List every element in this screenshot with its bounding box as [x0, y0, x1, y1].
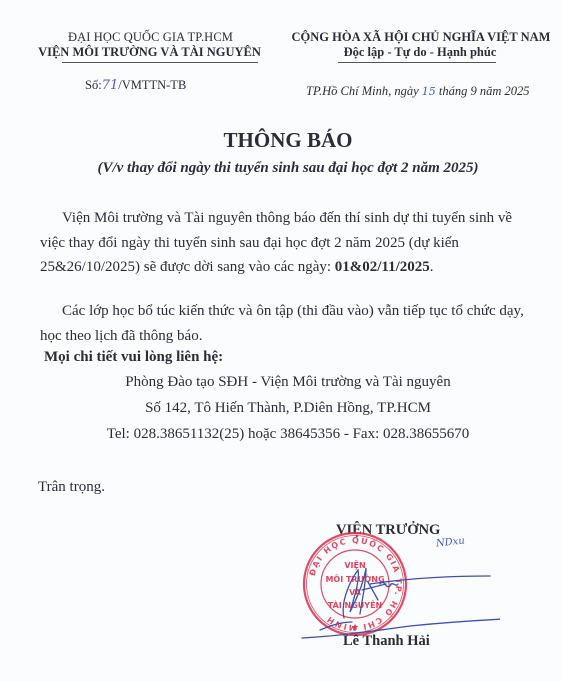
body-paragraph-1: Viện Môi trường và Tài nguyên thông báo …: [40, 206, 540, 280]
document-number: Số:71/VMTTN-TB: [85, 78, 186, 93]
issuing-authority-block: ĐẠI HỌC QUỐC GIA TP.HCM VIỆN MÔI TRƯỜNG …: [0, 30, 281, 63]
closing-salutation: Trân trọng.: [38, 479, 105, 496]
body-paragraph-2: Các lớp học bổ túc kiến thức và ôn tập (…: [40, 299, 540, 348]
contact-phone-fax: Tel: 028.38651132(25) hoặc 38645356 - Fa…: [0, 426, 562, 443]
handwritten-number: 71: [102, 78, 119, 93]
motto-underline: [338, 62, 496, 63]
document-title: THÔNG BÁO: [0, 128, 562, 153]
institute-name: VIỆN MÔI TRƯỜNG VÀ TÀI NGUYÊN: [0, 45, 281, 60]
national-motto: Độc lập - Tự do - Hạnh phúc: [270, 45, 562, 60]
contact-office: Phòng Đào tạo SĐH - Viện Môi trường và T…: [0, 374, 562, 391]
handwritten-initials: NDxu: [436, 536, 466, 550]
issue-date: TP.Hồ Chí Minh, ngày 15 tháng 9 năm 2025: [306, 84, 530, 99]
handwritten-signature: [300, 560, 500, 640]
contact-address: Số 142, Tô Hiến Thành, P.Diên Hồng, TP.H…: [0, 400, 562, 417]
national-title: CỘNG HÒA XÃ HỘI CHỦ NGHĨA VIỆT NAM: [270, 30, 562, 45]
parent-organization: ĐẠI HỌC QUỐC GIA TP.HCM: [0, 30, 281, 45]
national-header-block: CỘNG HÒA XÃ HỘI CHỦ NGHĨA VIỆT NAM Độc l…: [270, 30, 562, 63]
handwritten-day: 15: [422, 85, 436, 98]
document-subtitle: (V/v thay đổi ngày thi tuyển sinh sau đạ…: [0, 160, 562, 177]
institute-underline: [62, 62, 258, 63]
new-exam-dates: 01&02/11/2025: [335, 259, 430, 275]
signer-name: Lê Thanh Hải: [343, 633, 430, 650]
contact-heading: Mọi chi tiết vui lòng liên hệ:: [44, 349, 223, 366]
